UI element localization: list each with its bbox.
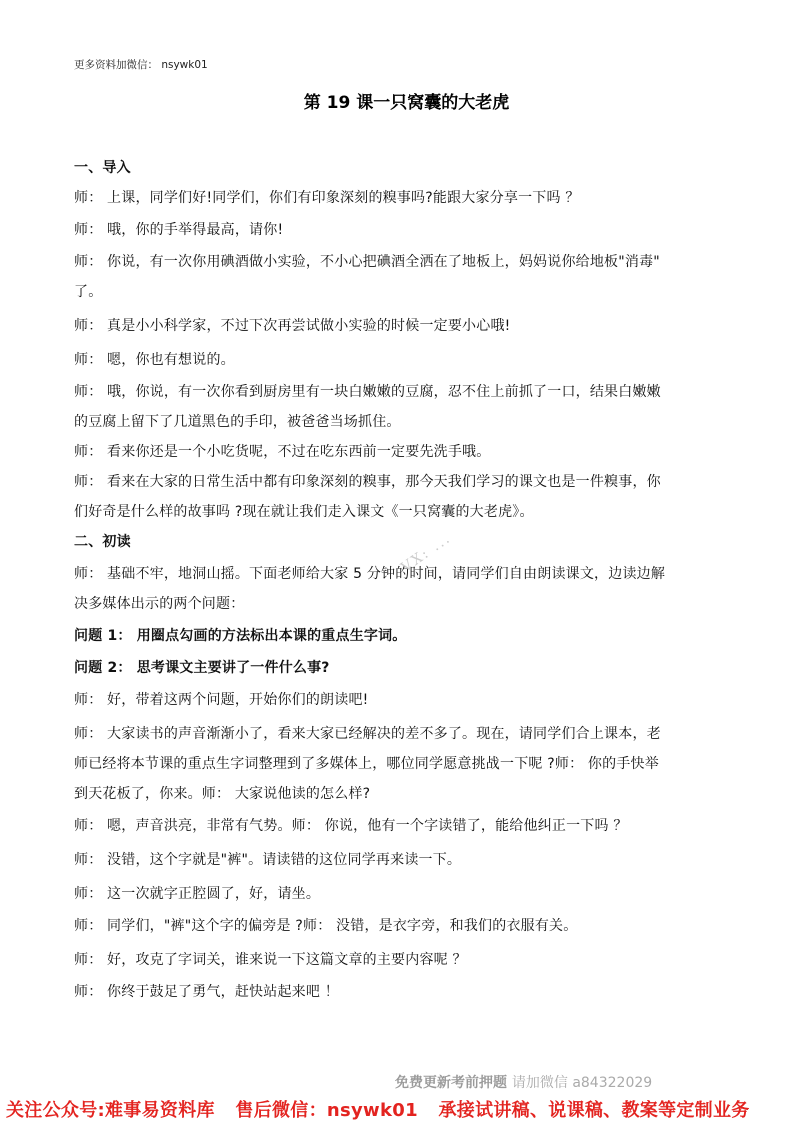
promo-banner-red: 关注公众号:难事易资料库 售后微信：nsywk01 承接试讲稿、说课稿、教案等定…: [6, 1096, 764, 1122]
dialogue-line-continued: 的豆腐上留下了几道黑色的手印，被爸爸当场抓住。: [74, 407, 724, 437]
question-1: 问题 1： 用圈点勾画的方法标出本课的重点生字词。: [74, 621, 724, 651]
dialogue-line-continued: 了。: [74, 277, 724, 307]
dialogue-line: 师： 同学们，"裤"这个字的偏旁是 ?师： 没错，是衣字旁，和我们的衣服有关。: [74, 911, 724, 941]
dialogue-line-continued: 师已经将本节课的重点生字词整理到了多媒体上，哪位同学愿意挑战一下呢 ?师： 你的…: [74, 749, 724, 779]
question-2: 问题 2： 思考课文主要讲了一件什么事?: [74, 653, 724, 683]
section-heading: 一、导入: [74, 153, 724, 183]
header-note: 更多资料加微信： nsywk01: [74, 57, 208, 72]
promo-red-services: 承接试讲稿、说课稿、教案等定制业务: [438, 1100, 749, 1121]
dialogue-line: 师： 嗯，声音洪亮，非常有气势。师： 你说，他有一个字读错了，能给他纠正一下吗 …: [74, 811, 724, 841]
dialogue-line: 师： 好，带着这两个问题，开始你们的朗读吧!: [74, 685, 724, 715]
promo-red-wechat: 售后微信：nsywk01: [235, 1100, 418, 1121]
dialogue-line-continued: 到天花板了，你来。师： 大家说他读的怎么样?: [74, 779, 724, 809]
promo-red-account: 关注公众号:难事易资料库: [6, 1100, 215, 1121]
section-heading: 二、初读: [74, 527, 724, 557]
dialogue-line: 师： 哦，你的手举得最高，请你!: [74, 215, 724, 245]
dialogue-line-continued: 决多媒体出示的两个问题：: [74, 589, 724, 619]
dialogue-line: 师： 看来在大家的日常生活中都有印象深刻的糗事，那今天我们学习的课文也是一件糗事…: [74, 467, 724, 497]
dialogue-line: 师： 这一次就字正腔圆了，好，请坐。: [74, 879, 724, 909]
dialogue-line: 师： 哦，你说，有一次你看到厨房里有一块白嫩嫩的豆腐，忍不住上前抓了一口，结果白…: [74, 377, 724, 407]
promo-gray-bold: 免费更新考前押题: [395, 1075, 507, 1091]
dialogue-line: 师： 你说，有一次你用碘酒做小实验，不小心把碘酒全洒在了地板上，妈妈说你给地板"…: [74, 247, 724, 277]
dialogue-line: 师： 没错，这个字就是"裤"。请读错的这位同学再来读一下。: [74, 845, 724, 875]
dialogue-line: 师： 大家读书的声音渐渐小了，看来大家已经解决的差不多了。现在，请同学们合上课本…: [74, 719, 724, 749]
document-body: 一、导入 师： 上课，同学们好!同学们，你们有印象深刻的糗事吗?能跟大家分享一下…: [74, 153, 724, 1007]
dialogue-line: 师： 上课，同学们好!同学们，你们有印象深刻的糗事吗?能跟大家分享一下吗 ？: [74, 183, 724, 213]
dialogue-line: 师： 嗯，你也有想说的。: [74, 345, 724, 375]
dialogue-line-continued: 们好奇是什么样的故事吗 ?现在就让我们走入课文《一只窝囊的大老虎》。: [74, 497, 724, 527]
dialogue-line: 师： 真是小小科学家，不过下次再尝试做小实验的时候一定要小心哦!: [74, 311, 724, 341]
promo-gray-contact: 请加微信 a84322029: [512, 1075, 652, 1091]
dialogue-line: 师： 看来你还是一个小吃货呢，不过在吃东西前一定要先洗手哦。: [74, 437, 724, 467]
page-title: 第 19 课一只窝囊的大老虎: [0, 88, 793, 113]
promo-banner-gray: 免费更新考前押题 请加微信 a84322029: [395, 1072, 652, 1092]
dialogue-line: 师： 好，攻克了字词关，谁来说一下这篇文章的主要内容呢 ？: [74, 945, 724, 975]
dialogue-line: 师： 你终于鼓足了勇气，赶快站起来吧 ！: [74, 977, 724, 1007]
